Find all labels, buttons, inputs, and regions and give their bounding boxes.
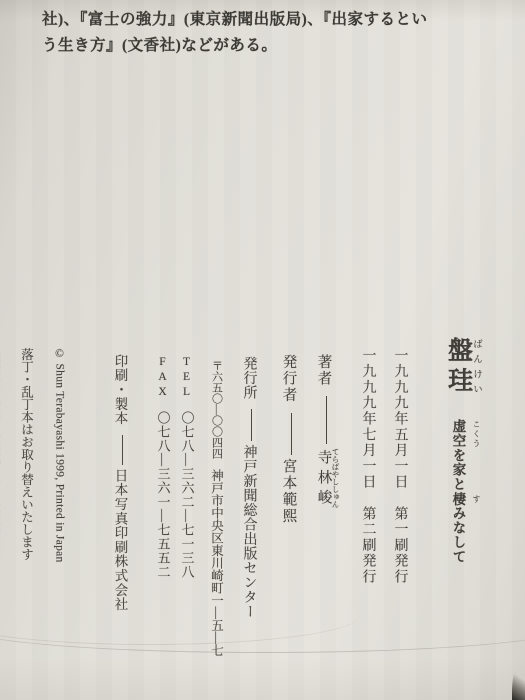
publishing-office-label: 発行所 [242, 356, 257, 400]
printer-row: 印刷・製本日本写真印刷株式会社 [110, 334, 130, 668]
subtitle-ruby-kokuu: こくう [472, 419, 481, 448]
author-divider-line [326, 396, 327, 444]
postal-code: 〒六五〇—〇〇四四 [211, 360, 223, 459]
book-title: 盤珪ばんけい [445, 337, 472, 397]
street-address: 神戸市中央区東川崎町一—五—七 [210, 469, 224, 657]
author-label: 著者 [316, 354, 332, 387]
author-row: 著者寺林峻てらばやししゅん [314, 334, 340, 668]
author-name: 寺林峻てらばやししゅん [316, 448, 332, 508]
publishing-office-name: 神戸新聞総合出版センター [242, 445, 257, 619]
book-subtitle: 虚空こくうを家と棲すみなして [451, 419, 466, 564]
bio-line-1: 社)、『富士の強力』(東京新聞出版局)、『出家するとい [42, 7, 452, 33]
book-page-photo: 社)、『富士の強力』(東京新聞出版局)、『出家するとい う生き方』(文香社)など… [0, 0, 525, 700]
replacement-notice-line: 落丁・乱丁本はお取り替えいたします [18, 334, 36, 668]
publishing-office-divider-line [251, 409, 252, 441]
bio-line-2: う生き方』(文香社)などがある。 [42, 33, 452, 59]
tel-number: 〇七八—三六二—七一三八 [180, 411, 195, 579]
colophon: 盤珪ばんけい虚空こくうを家と棲すみなして 一九九九年五月一日 第一刷発行 一九九… [0, 334, 481, 668]
tel-row: TEL〇七八—三六二—七一三八 [178, 334, 197, 668]
printer-divider-line [122, 435, 123, 465]
publishing-office-row: 発行所神戸新聞総合出版センター [239, 334, 259, 668]
isbn-number: ISBN4—343—00037—0 [0, 352, 4, 484]
publisher-divider-line [291, 413, 292, 455]
printer-name: 日本写真印刷株式会社 [113, 469, 128, 612]
tel-label: TEL [181, 356, 193, 401]
title-column: 盤珪ばんけい虚空こくうを家と棲すみなして [440, 334, 482, 668]
fax-label: FAX [157, 356, 169, 401]
subtitle-ruby-su: す [472, 492, 481, 507]
publisher-name: 宮本範熙 [281, 459, 297, 525]
first-printing-line: 一九九九年五月一日 第一刷発行 [390, 334, 410, 668]
book-title-ruby: ばんけい [471, 337, 481, 397]
copyright-line: © Shun Terabayashi 1999, Printed in Japa… [54, 334, 66, 668]
page-corner-shadow [512, 660, 525, 700]
fax-row: FAX〇七八—三六一—七五五二 [154, 334, 173, 668]
isbn-row: ISBN4—343—00037—0C0093 [0, 334, 4, 668]
publisher-label: 発行者 [281, 354, 297, 404]
printer-label: 印刷・製本 [113, 354, 128, 426]
address-row: 〒六五〇—〇〇四四神戸市中央区東川崎町一—五—七 [208, 334, 226, 668]
bio-paragraph: 社)、『富士の強力』(東京新聞出版局)、『出家するとい う生き方』(文香社)など… [42, 7, 452, 59]
fax-number: 〇七八—三六一—七五五二 [156, 411, 171, 579]
publisher-row: 発行者宮本範熙 [279, 334, 300, 668]
second-printing-line: 一九九九年七月一日 第二刷発行 [358, 334, 378, 668]
c-code: C0093 [0, 500, 4, 535]
author-name-ruby: てらばやししゅん [331, 448, 340, 508]
